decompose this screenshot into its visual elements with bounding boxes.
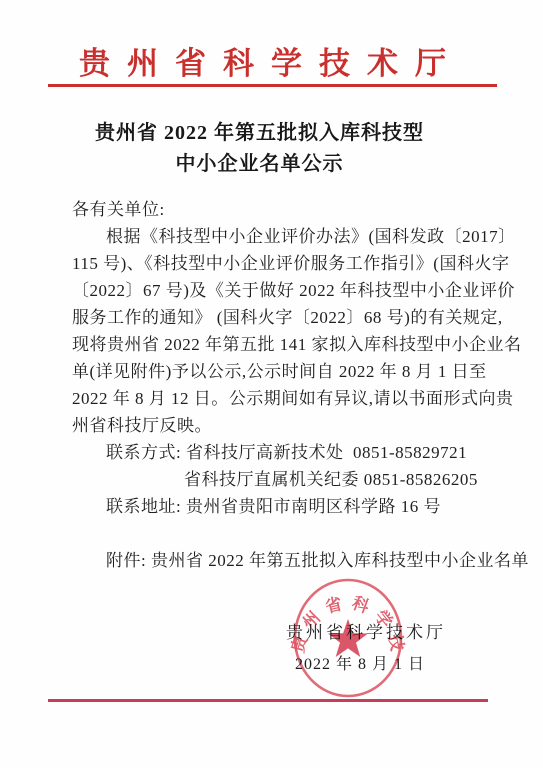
body-line: 单(详见附件)予以公示,公示时间自 2022 年 8 月 1 日至 (72, 358, 503, 385)
contact-address-line: 联系地址: 贵州省贵阳市南明区科学路 16 号 (72, 493, 503, 520)
body-line: 115 号)、《科技型中小企业评价服务工作指引》(国科火字 (72, 250, 503, 277)
body-line: 〔2022〕67 号)及《关于做好 2022 年科技型中小企业评价 (72, 277, 503, 304)
salutation: 各有关单位: (72, 196, 503, 223)
document-title: 贵州省 2022 年第五批拟入库科技型 中小企业名单公示 (0, 118, 519, 180)
footer-rule (48, 699, 488, 702)
document-body: 各有关单位: 根据《科技型中小企业评价办法》(国科发政〔2017〕 115 号)… (72, 196, 503, 574)
body-line: 现将贵州省 2022 年第五批 141 家拟入库科技型中小企业名 (72, 331, 503, 358)
contact-method-line2: 省科技厅直属机关纪委 0851-85826205 (72, 466, 503, 493)
seal-arc-textpath: 贵州省科学技术厅 (288, 574, 408, 660)
contact-method-line: 联系方式: 省科技厅高新技术处 0851-85829721 (72, 439, 503, 466)
document-title-line1: 贵州省 2022 年第五批拟入库科技型 (0, 118, 519, 149)
signature-date: 2022 年 8 月 1 日 (295, 651, 425, 674)
attachment-line: 附件: 贵州省 2022 年第五批拟入库科技型中小企业名单 (72, 547, 503, 574)
body-line: 根据《科技型中小企业评价办法》(国科发政〔2017〕 (72, 223, 503, 250)
letterhead-title: 贵州省科学技术厅 (0, 38, 525, 83)
document-page: 贵州省科学技术厅 贵州省 2022 年第五批拟入库科技型 中小企业名单公示 各有… (0, 0, 543, 768)
body-line: 服务工作的通知》 (国科火字〔2022〕68 号)的有关规定, (72, 304, 503, 331)
signature-org: 贵州省科学技术厅 (286, 618, 446, 643)
body-line: 州省科技厅反映。 (72, 412, 503, 439)
document-title-line2: 中小企业名单公示 (0, 149, 519, 180)
seal-arc-text: 贵州省科学技术厅 (288, 574, 408, 660)
body-line: 2022 年 8 月 12 日。公示期间如有异议,请以书面形式向贵 (72, 385, 503, 412)
letterhead-rule (48, 84, 497, 87)
